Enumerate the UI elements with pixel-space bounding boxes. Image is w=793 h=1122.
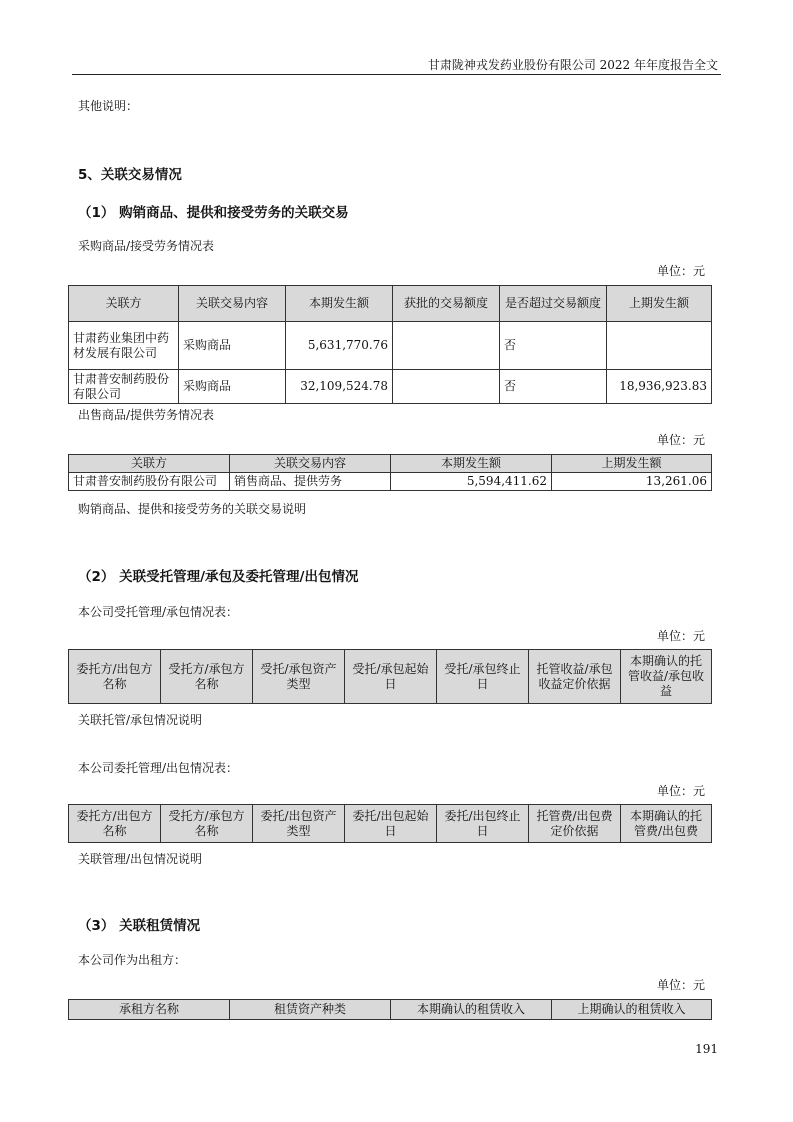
entrusted-management-table: 委托方/出包方名称 受托方/承包方名称 受托/承包资产类型 受托/承包起始日 受… (68, 649, 712, 704)
purchase-table-caption: 采购商品/接受劳务情况表 (78, 237, 214, 254)
unit-label: 单位：元 (657, 431, 705, 448)
col-header: 关联方 (69, 455, 230, 473)
outsourced-note: 关联管理/出包情况说明 (78, 850, 202, 867)
cell-related-party: 甘肃药业集团中药材发展有限公司 (69, 322, 179, 370)
col-header: 上期确认的租赁收入 (552, 1000, 712, 1020)
cell-related-party: 甘肃普安制药股份有限公司 (69, 473, 230, 491)
cell-exceeds-limit: 否 (500, 370, 607, 404)
col-header: 本期发生额 (286, 286, 393, 322)
lessor-lease-table: 承租方名称 租赁资产种类 本期确认的租赁收入 上期确认的租赁收入 (68, 999, 712, 1020)
col-header: 受托/承包资产类型 (253, 650, 345, 704)
subsection-2-title: （2） 关联受托管理/承包及委托管理/出包情况 (78, 565, 358, 585)
outsourced-table-caption: 本公司委托管理/出包情况表： (78, 759, 238, 776)
unit-label: 单位：元 (657, 262, 705, 279)
cell-prior-amount (607, 322, 712, 370)
entrusted-table-caption: 本公司受托管理/承包情况表： (78, 603, 238, 620)
col-header: 委托/出包资产类型 (253, 805, 345, 843)
page-number: 191 (695, 1042, 718, 1056)
purchase-table: 关联方 关联交易内容 本期发生额 获批的交易额度 是否超过交易额度 上期发生额 … (68, 285, 712, 404)
col-header: 上期发生额 (552, 455, 712, 473)
cell-related-party: 甘肃普安制药股份有限公司 (69, 370, 179, 404)
sales-table: 关联方 关联交易内容 本期发生额 上期发生额 甘肃普安制药股份有限公司 销售商品… (68, 454, 712, 491)
col-header: 本期确认的租赁收入 (391, 1000, 552, 1020)
other-note: 其他说明： (78, 97, 138, 114)
col-header: 获批的交易额度 (393, 286, 500, 322)
col-header: 本期发生额 (391, 455, 552, 473)
col-header: 受托方/承包方名称 (161, 805, 253, 843)
cell-approved-limit (393, 370, 500, 404)
cell-content: 销售商品、提供劳务 (230, 473, 391, 491)
col-header: 关联方 (69, 286, 179, 322)
col-header: 是否超过交易额度 (500, 286, 607, 322)
col-header: 托管收益/承包收益定价依据 (529, 650, 621, 704)
subsection-3-title: （3） 关联租赁情况 (78, 914, 200, 934)
col-header: 受托/承包起始日 (345, 650, 437, 704)
outsourced-management-table: 委托方/出包方名称 受托方/承包方名称 委托/出包资产类型 委托/出包起始日 委… (68, 804, 712, 843)
cell-current-amount: 32,109,524.78 (286, 370, 393, 404)
col-header: 委托方/出包方名称 (69, 805, 161, 843)
unit-label: 单位：元 (657, 627, 705, 644)
table-row: 甘肃普安制药股份有限公司 采购商品 32,109,524.78 否 18,936… (69, 370, 712, 404)
col-header: 承租方名称 (69, 1000, 230, 1020)
col-header: 租赁资产种类 (230, 1000, 391, 1020)
col-header: 本期确认的托管收益/承包收益 (621, 650, 712, 704)
section-5-title: 5、关联交易情况 (78, 163, 182, 183)
lessor-table-caption: 本公司作为出租方： (78, 951, 186, 968)
cell-content: 采购商品 (179, 370, 286, 404)
col-header: 委托/出包起始日 (345, 805, 437, 843)
subsection-1-title: （1） 购销商品、提供和接受劳务的关联交易 (78, 201, 349, 221)
unit-label: 单位：元 (657, 976, 705, 993)
cell-current-amount: 5,631,770.76 (286, 322, 393, 370)
entrusted-note: 关联托管/承包情况说明 (78, 711, 202, 728)
cell-current-amount: 5,594,411.62 (391, 473, 552, 491)
col-header: 托管费/出包费定价依据 (529, 805, 621, 843)
cell-prior-amount: 18,936,923.83 (607, 370, 712, 404)
unit-label: 单位：元 (657, 782, 705, 799)
table-row: 甘肃药业集团中药材发展有限公司 采购商品 5,631,770.76 否 (69, 322, 712, 370)
col-header: 本期确认的托管费/出包费 (621, 805, 712, 843)
table-row: 甘肃普安制药股份有限公司 销售商品、提供劳务 5,594,411.62 13,2… (69, 473, 712, 491)
col-header: 受托方/承包方名称 (161, 650, 253, 704)
document-header-title: 甘肃陇神戎发药业股份有限公司 2022 年年度报告全文 (428, 56, 718, 73)
cell-approved-limit (393, 322, 500, 370)
col-header: 委托方/出包方名称 (69, 650, 161, 704)
col-header: 关联交易内容 (179, 286, 286, 322)
col-header: 关联交易内容 (230, 455, 391, 473)
cell-content: 采购商品 (179, 322, 286, 370)
col-header: 受托/承包终止日 (437, 650, 529, 704)
cell-prior-amount: 13,261.06 (552, 473, 712, 491)
cell-exceeds-limit: 否 (500, 322, 607, 370)
col-header: 委托/出包终止日 (437, 805, 529, 843)
purchase-sales-note: 购销商品、提供和接受劳务的关联交易说明 (78, 500, 306, 517)
col-header: 上期发生额 (607, 286, 712, 322)
header-divider (72, 74, 721, 75)
sales-table-caption: 出售商品/提供劳务情况表 (78, 406, 214, 423)
